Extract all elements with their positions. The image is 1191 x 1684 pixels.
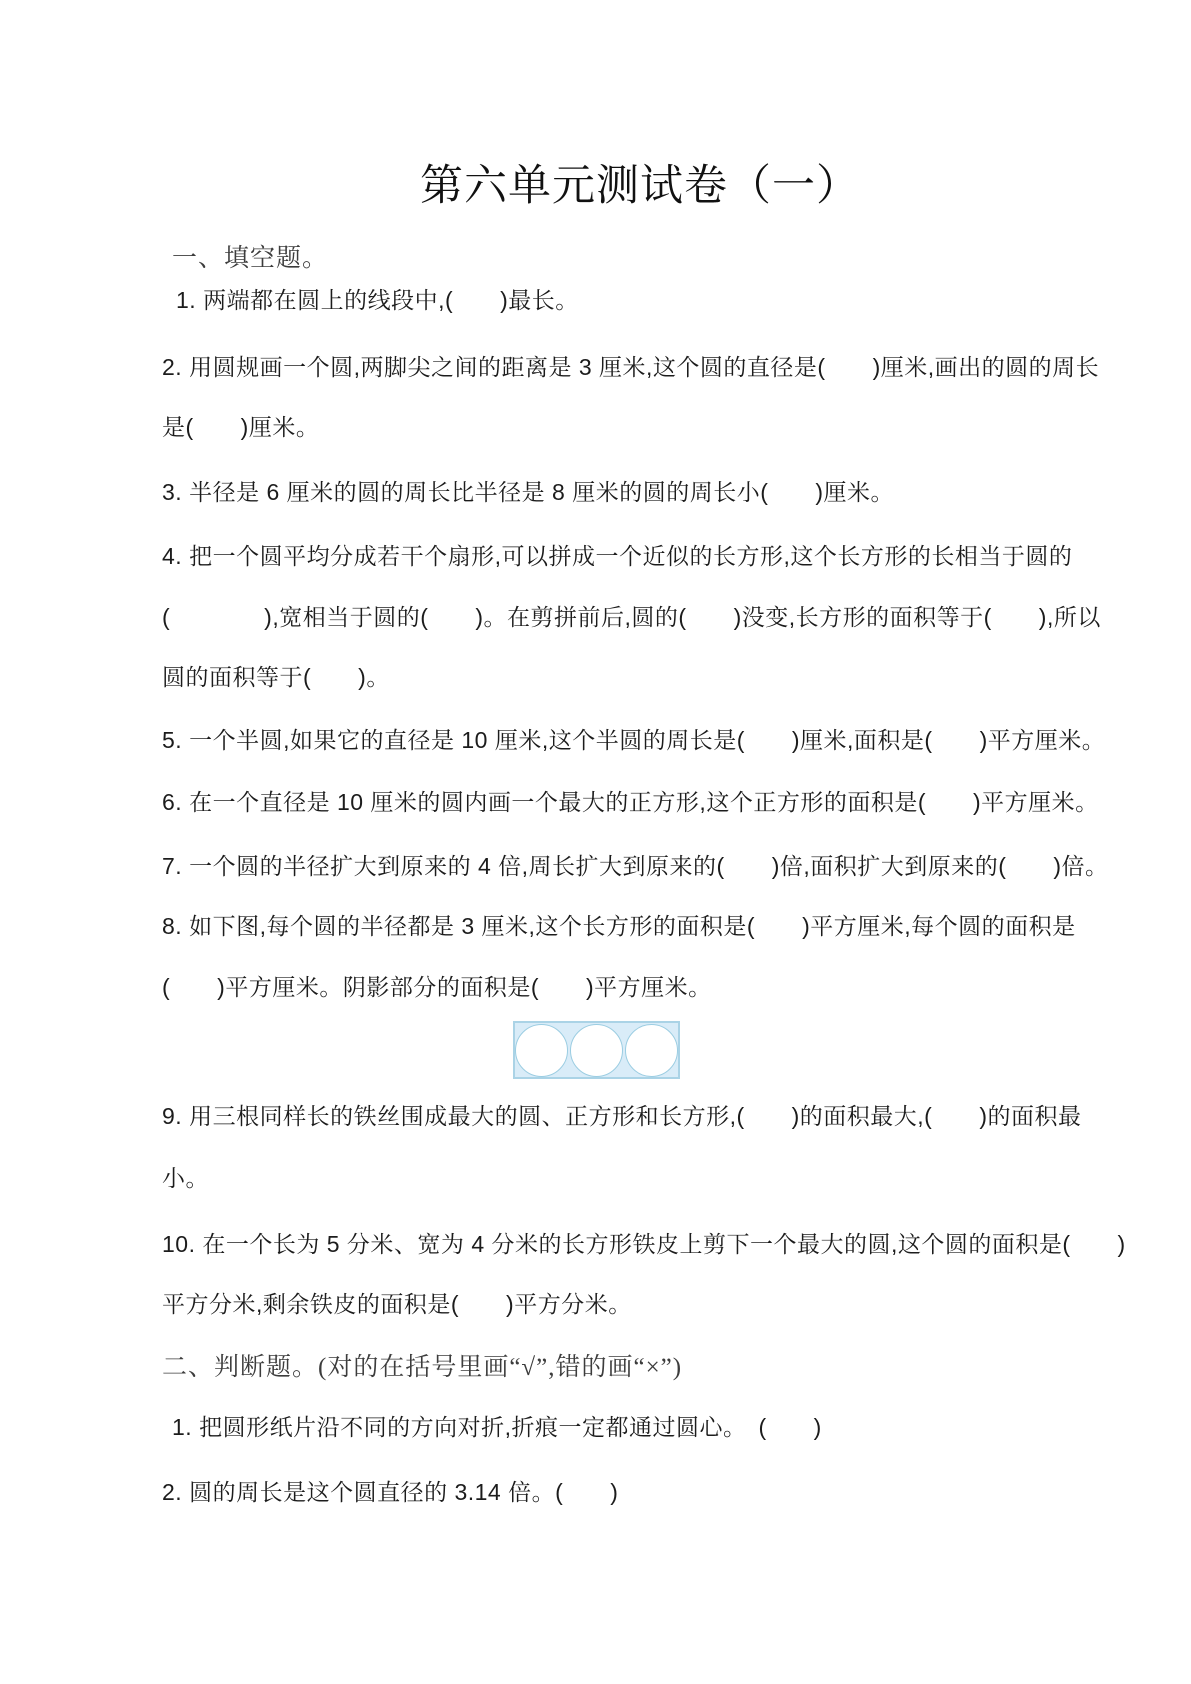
- question-3: 3. 半径是 6 厘米的圆的周长比半径是 8 厘米的圆的周长小( )厘米。: [162, 467, 894, 513]
- question-10-line-1: 10. 在一个长为 5 分米、宽为 4 分米的长方形铁皮上剪下一个最大的圆,这个…: [162, 1219, 1126, 1265]
- page-title: 第六单元测试卷（一）: [420, 152, 860, 213]
- question-4-line-1: 4. 把一个圆平均分成若干个扇形,可以拼成一个近似的长方形,这个长方形的长相当于…: [162, 531, 1072, 577]
- question-8-line-2: ( )平方厘米。阴影部分的面积是( )平方厘米。: [162, 962, 712, 1008]
- section2-question-1: 1. 把圆形纸片沿不同的方向对折,折痕一定都通过圆心。 ( ): [172, 1402, 822, 1448]
- question-1: 1. 两端都在圆上的线段中,( )最长。: [176, 275, 579, 321]
- question-10-line-2: 平方分米,剩余铁皮的面积是( )平方分米。: [162, 1279, 632, 1325]
- section2-question-2: 2. 圆的周长是这个圆直径的 3.14 倍。( ): [162, 1467, 618, 1513]
- question-5: 5. 一个半圆,如果它的直径是 10 厘米,这个半圆的周长是( )厘米,面积是(…: [162, 715, 1105, 761]
- question-2-line-1: 2. 用圆规画一个圆,两脚尖之间的距离是 3 厘米,这个圆的直径是( )厘米,画…: [162, 342, 1099, 388]
- question-4-line-2: ( ),宽相当于圆的( )。在剪拼前后,圆的( )没变,长方形的面积等于( ),…: [162, 592, 1101, 638]
- rectangle-with-three-circles-figure: [513, 1021, 680, 1079]
- question-8-line-1: 8. 如下图,每个圆的半径都是 3 厘米,这个长方形的面积是( )平方厘米,每个…: [162, 901, 1076, 947]
- question-4-line-3: 圆的面积等于( )。: [162, 652, 390, 698]
- question-7: 7. 一个圆的半径扩大到原来的 4 倍,周长扩大到原来的( )倍,面积扩大到原来…: [162, 841, 1109, 887]
- section2-heading: 二、判断题。(对的在括号里画“√”,错的画“×”): [162, 1342, 682, 1388]
- question-6: 6. 在一个直径是 10 厘米的圆内画一个最大的正方形,这个正方形的面积是( )…: [162, 777, 1099, 823]
- question-9-line-2: 小。: [162, 1153, 209, 1199]
- question-9-line-1: 9. 用三根同样长的铁丝围成最大的圆、正方形和长方形,( )的面积最大,( )的…: [162, 1091, 1082, 1137]
- document-page: 第六单元测试卷（一） 一、填空题。 1. 两端都在圆上的线段中,( )最长。 2…: [0, 0, 1191, 1684]
- circle-3: [625, 1024, 678, 1077]
- section1-heading: 一、填空题。: [172, 233, 328, 279]
- question-2-line-2: 是( )厘米。: [162, 402, 319, 448]
- circle-1: [515, 1024, 568, 1077]
- circle-2: [570, 1024, 623, 1077]
